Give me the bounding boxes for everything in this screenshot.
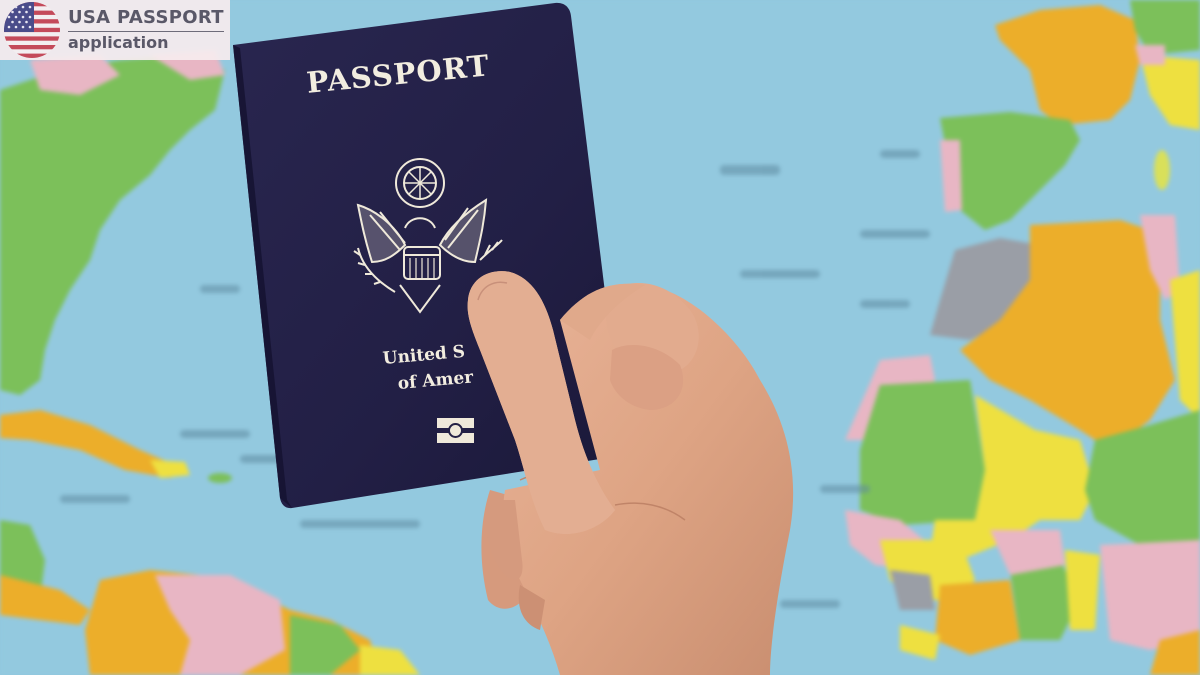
biometric-chip-icon — [437, 418, 474, 443]
logo-subtitle: application — [68, 35, 224, 51]
logo-text: USA PASSPORT application — [68, 9, 224, 51]
site-logo[interactable]: USA PASSPORT application — [0, 0, 230, 60]
passport-in-hand — [0, 0, 1200, 675]
scene: PASSPORT United S of Amer — [0, 0, 1200, 675]
us-flag-circle-icon — [4, 2, 60, 58]
logo-title: USA PASSPORT — [68, 9, 224, 32]
hand — [468, 271, 794, 675]
